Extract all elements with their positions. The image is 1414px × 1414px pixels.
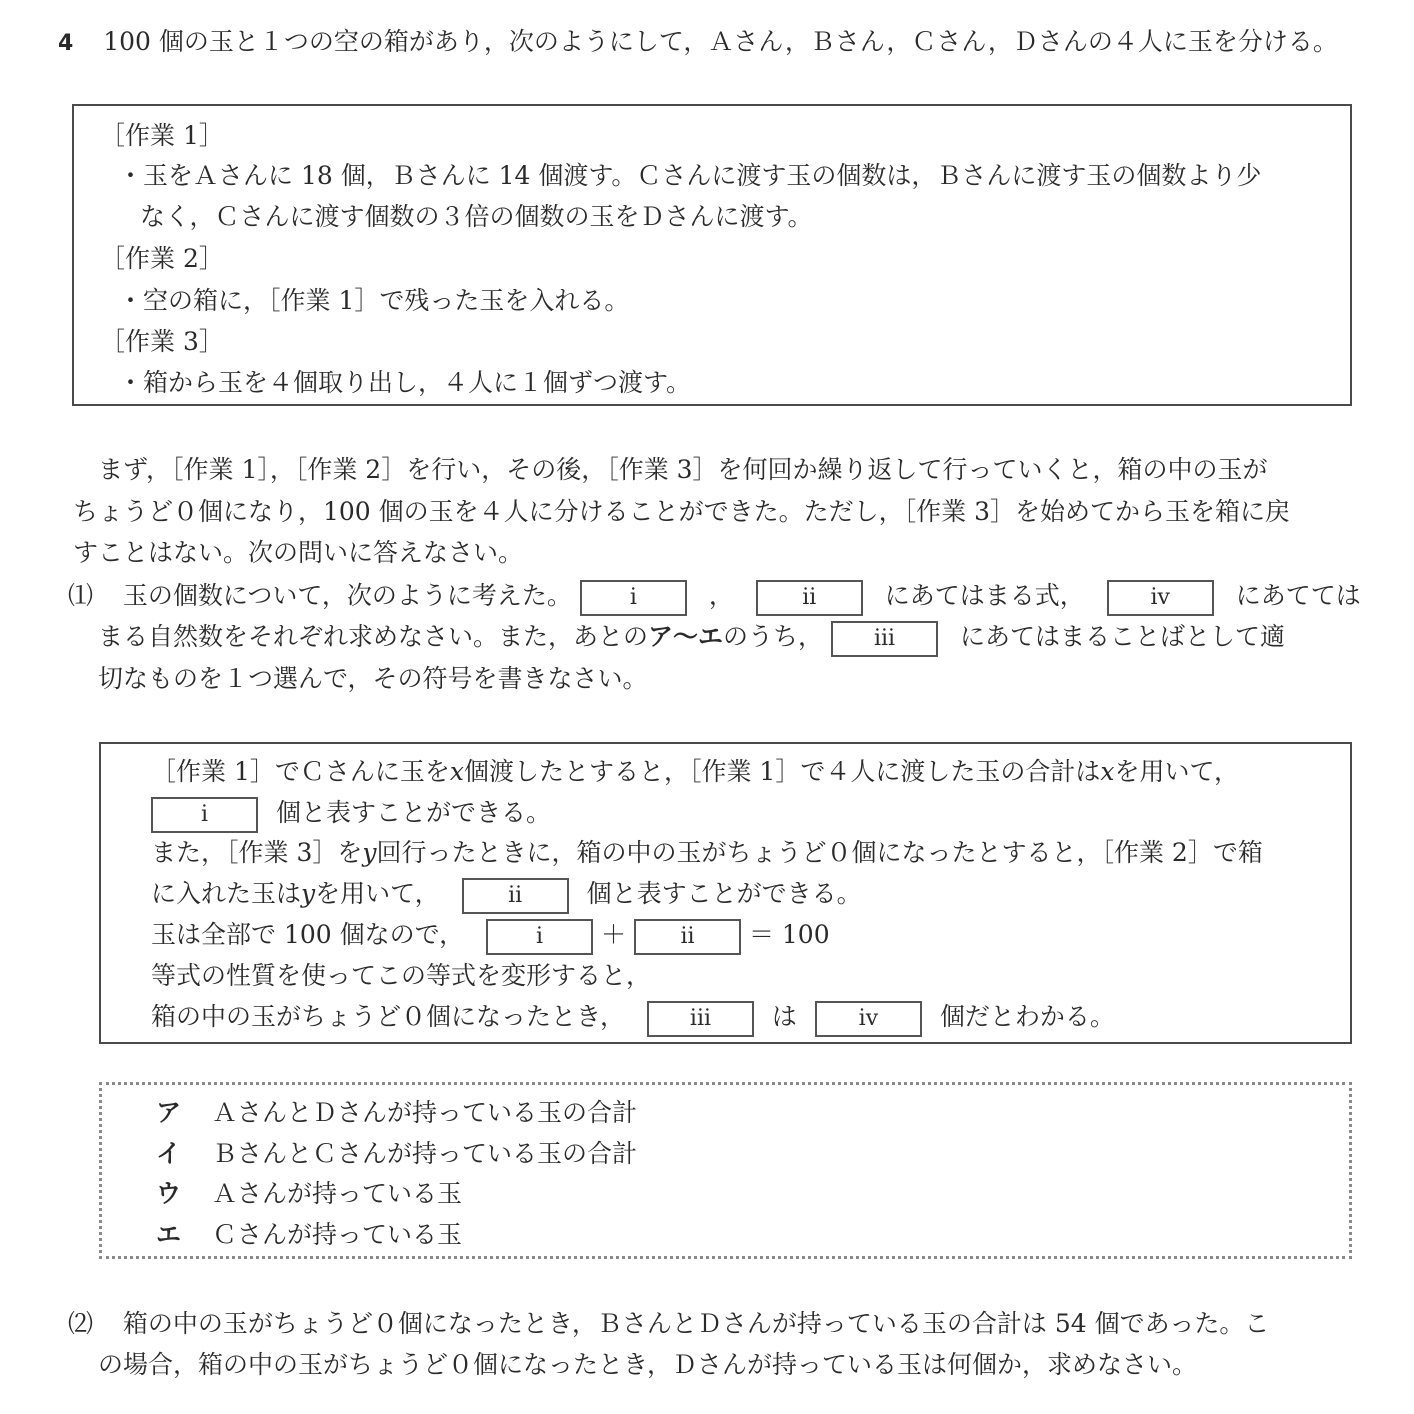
variable-x: x bbox=[1100, 757, 1114, 786]
procedure-box: ［作業 1］ ・玉をＡさんに 18 個，Ｂさんに 14 個渡す。Ｃさんに渡す玉の… bbox=[72, 104, 1352, 406]
blank-iii: iii bbox=[831, 621, 938, 657]
step-3-line-1: ・箱から玉を４個取り出し，４人に１個ずつ渡す。 bbox=[118, 363, 691, 403]
choice-u: ウＡさんが持っている玉 bbox=[156, 1174, 462, 1214]
text: 個渡したとすると，［作業 1］で４人に渡した玉の合計は bbox=[464, 757, 1100, 786]
step-3-title: ［作業 3］ bbox=[100, 322, 224, 362]
text: 回行ったときに，箱の中の玉がちょうど０個になったとすると，［作業 2］で箱 bbox=[376, 838, 1262, 867]
choice-key: エ bbox=[156, 1215, 212, 1255]
reasoning-line-7: 箱の中の玉がちょうど０個になったとき， iii は iv 個だとわかる。 bbox=[151, 997, 1115, 1037]
q1-text: のうち， bbox=[723, 622, 823, 651]
text: ［作業 1］でＣさんに玉を bbox=[151, 757, 450, 786]
q2-line-1: ⑵ 箱の中の玉がちょうど０個になったとき，ＢさんとＤさんが持っている玉の合計は … bbox=[68, 1304, 1269, 1344]
blank-ii: ii bbox=[634, 919, 741, 955]
text: ＝ 100 bbox=[749, 920, 830, 949]
plus-sign: ＋ bbox=[601, 920, 626, 949]
variable-y: y bbox=[301, 879, 315, 908]
text: 個だとわかる。 bbox=[940, 1002, 1115, 1031]
variable-x: x bbox=[450, 757, 464, 786]
text: を用いて， bbox=[1114, 757, 1239, 786]
choice-i: イＢさんとＣさんが持っている玉の合計 bbox=[156, 1134, 637, 1174]
step-2-line-1: ・空の箱に，［作業 1］で残った玉を入れる。 bbox=[118, 281, 629, 321]
step-2-title: ［作業 2］ bbox=[100, 239, 224, 279]
variable-y: y bbox=[362, 838, 376, 867]
text: 箱の中の玉がちょうど０個になったとき， bbox=[151, 1002, 625, 1031]
blank-ii: ii bbox=[756, 580, 863, 616]
blank-iii: iii bbox=[647, 1001, 754, 1037]
comma: ， bbox=[709, 581, 734, 610]
text: また，［作業 3］を bbox=[151, 838, 362, 867]
reasoning-box: ［作業 1］でＣさんに玉をx個渡したとすると，［作業 1］で４人に渡した玉の合計… bbox=[99, 742, 1352, 1044]
text: を用いて， bbox=[315, 879, 440, 908]
problem-intro-line: 4 100 個の玉と１つの空の箱があり，次のようにして，Ａさん，Ｂさん，Ｃさん，… bbox=[58, 22, 1338, 62]
q1-line-1: ⑴ 玉の個数について，次のように考えた。 i ， ii にあてはまる式， iv … bbox=[68, 576, 1361, 616]
choice-text: Ｃさんが持っている玉 bbox=[212, 1220, 462, 1249]
problem-number: 4 bbox=[58, 31, 73, 56]
blank-iv: iv bbox=[815, 1001, 922, 1037]
problem-intro: 100 個の玉と１つの空の箱があり，次のようにして，Ａさん，Ｂさん，Ｃさん，Ｄさ… bbox=[103, 27, 1338, 56]
q1-line-3: 切なものを１つ選んで，その符号を書きなさい。 bbox=[98, 659, 648, 699]
step-1-line-1: ・玉をＡさんに 18 個，Ｂさんに 14 個渡す。Ｃさんに渡す玉の個数は，Ｂさん… bbox=[118, 156, 1261, 196]
q1-text: 玉の個数について，次のように考えた。 bbox=[123, 581, 572, 610]
reasoning-line-6: 等式の性質を使ってこの等式を変形すると， bbox=[151, 956, 651, 996]
blank-ii: ii bbox=[462, 878, 569, 914]
description-line-1: まず，［作業 1］，［作業 2］を行い，その後，［作業 3］を何回か繰り返して行… bbox=[98, 450, 1268, 490]
choice-a: アＡさんとＤさんが持っている玉の合計 bbox=[156, 1093, 637, 1133]
q1-text: にあてはまることばとして適 bbox=[960, 622, 1285, 651]
q1-label: ⑴ bbox=[68, 581, 93, 610]
reasoning-line-5: 玉は全部で 100 個なので， i ＋ ii ＝ 100 bbox=[151, 915, 830, 955]
step-1-title: ［作業 1］ bbox=[100, 116, 224, 156]
choices-box: アＡさんとＤさんが持っている玉の合計 イＢさんとＣさんが持っている玉の合計 ウＡ… bbox=[99, 1082, 1352, 1259]
reasoning-line-1: ［作業 1］でＣさんに玉をx個渡したとすると，［作業 1］で４人に渡した玉の合計… bbox=[151, 752, 1239, 792]
blank-i: i bbox=[580, 580, 687, 616]
text: 個と表すことができる。 bbox=[276, 798, 551, 827]
description-line-2: ちょうど０個になり，100 個の玉を４人に分けることができた。ただし，［作業 3… bbox=[73, 492, 1290, 532]
q1-text: まる自然数をそれぞれ求めなさい。また，あとの bbox=[98, 622, 648, 651]
blank-i: i bbox=[486, 919, 593, 955]
choice-text: ＡさんとＤさんが持っている玉の合計 bbox=[212, 1098, 637, 1127]
reasoning-line-3: また，［作業 3］をy回行ったときに，箱の中の玉がちょうど０個になったとすると，… bbox=[151, 833, 1263, 873]
blank-iv: iv bbox=[1107, 580, 1214, 616]
reasoning-line-4: に入れた玉はyを用いて， ii 個と表すことができる。 bbox=[151, 874, 862, 914]
step-1-line-2: なく，Ｃさんに渡す個数の３倍の個数の玉をＤさんに渡す。 bbox=[140, 197, 813, 237]
blank-i: i bbox=[151, 797, 258, 833]
choice-text: Ａさんが持っている玉 bbox=[212, 1179, 462, 1208]
choice-e: エＣさんが持っている玉 bbox=[156, 1215, 462, 1255]
description-line-3: すことはない。次の問いに答えなさい。 bbox=[73, 533, 523, 573]
q2-label: ⑵ bbox=[68, 1309, 93, 1338]
text: 個と表すことができる。 bbox=[587, 879, 862, 908]
q1-line-2: まる自然数をそれぞれ求めなさい。また，あとのア～エのうち， iii にあてはまる… bbox=[98, 617, 1285, 657]
choice-key: イ bbox=[156, 1134, 212, 1174]
text: に入れた玉は bbox=[151, 879, 301, 908]
q2-text: 箱の中の玉がちょうど０個になったとき，ＢさんとＤさんが持っている玉の合計は 54… bbox=[123, 1309, 1269, 1338]
choice-key: ウ bbox=[156, 1174, 212, 1214]
choice-range: ア～エ bbox=[648, 622, 723, 651]
text: 玉は全部で 100 個なので， bbox=[151, 920, 464, 949]
text: は bbox=[772, 1002, 797, 1031]
choice-key: ア bbox=[156, 1093, 212, 1133]
reasoning-line-2: i 個と表すことができる。 bbox=[151, 793, 551, 833]
choice-text: ＢさんとＣさんが持っている玉の合計 bbox=[212, 1139, 637, 1168]
q2-line-2: の場合，箱の中の玉がちょうど０個になったとき，Ｄさんが持っている玉は何個か，求め… bbox=[98, 1345, 1197, 1385]
q1-text: にあてはまる式， bbox=[885, 581, 1085, 610]
q1-text: にあてては bbox=[1236, 581, 1361, 610]
